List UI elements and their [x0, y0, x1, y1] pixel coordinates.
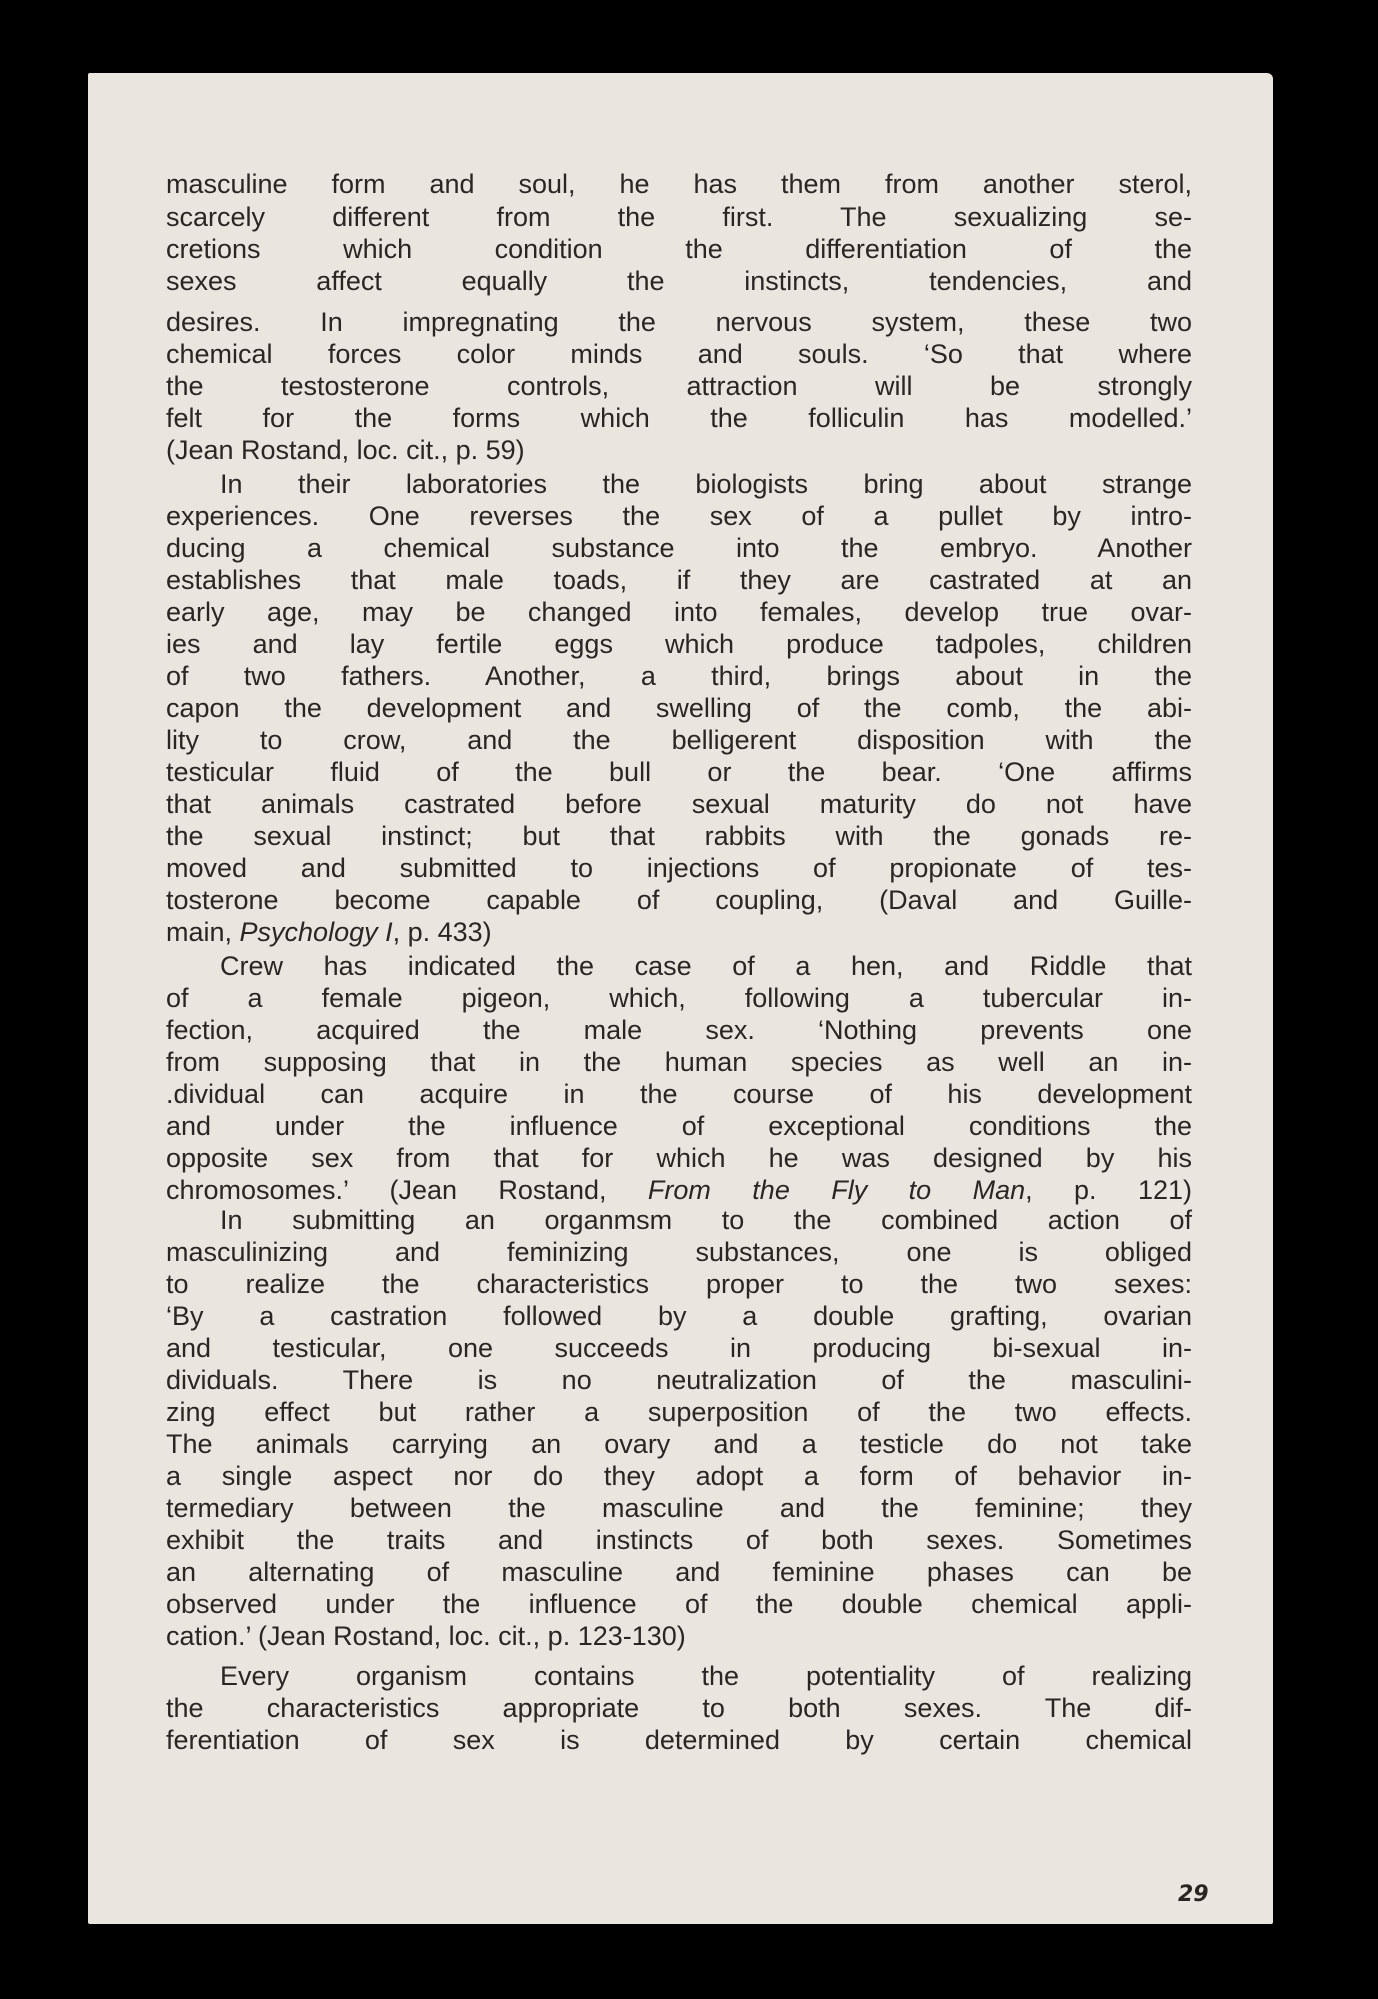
text-line: exhibit the traits and instincts of both…	[166, 1524, 1192, 1556]
text-line: felt for the forms which the folliculin …	[166, 402, 1192, 434]
text-line: a single aspect nor do they adopt a form…	[166, 1460, 1192, 1492]
text-line: the characteristics appropriate to both …	[166, 1692, 1192, 1724]
text-line: chemical forces color minds and souls. ‘…	[166, 338, 1192, 370]
text-line: opposite sex from that for which he was …	[166, 1142, 1192, 1174]
text-line: ies and lay fertile eggs which produce t…	[166, 628, 1192, 660]
text-line: fection, acquired the male sex. ‘Nothing…	[166, 1014, 1192, 1046]
text-line: .dividual can acquire in the course of h…	[166, 1078, 1192, 1110]
text-line: masculinizing and feminizing substances,…	[166, 1236, 1192, 1268]
text-line: masculine form and soul, he has them fro…	[166, 168, 1192, 200]
text-line: of a female pigeon, which, following a t…	[166, 982, 1192, 1014]
text-line: and under the influence of exceptional c…	[166, 1110, 1192, 1142]
text-line: ducing a chemical substance into the emb…	[166, 532, 1192, 564]
text-line: scarcely different from the first. The s…	[166, 201, 1192, 233]
text-line: Crew has indicated the case of a hen, an…	[166, 950, 1192, 982]
text-line: an alternating of masculine and feminine…	[166, 1556, 1192, 1588]
text-line: to realize the characteristics proper to…	[166, 1268, 1192, 1300]
text-line: that animals castrated before sexual mat…	[166, 788, 1192, 820]
text-line: the sexual instinct; but that rabbits wi…	[166, 820, 1192, 852]
text-line: dividuals. There is no neutralization of…	[166, 1364, 1192, 1396]
text-line: main, Psychology I, p. 433)	[166, 916, 1192, 948]
text-line: establishes that male toads, if they are…	[166, 564, 1192, 596]
text-line: experiences. One reverses the sex of a p…	[166, 500, 1192, 532]
text-line: desires. In impregnating the nervous sys…	[166, 306, 1192, 338]
text-line: cretions which condition the differentia…	[166, 233, 1192, 265]
text-line: The animals carrying an ovary and a test…	[166, 1428, 1192, 1460]
text-line: cation.’ (Jean Rostand, loc. cit., p. 12…	[166, 1620, 1192, 1652]
text-line: moved and submitted to injections of pro…	[166, 852, 1192, 884]
text-line: from supposing that in the human species…	[166, 1046, 1192, 1078]
text-line: observed under the influence of the doub…	[166, 1588, 1192, 1620]
text-line: the testosterone controls, attraction wi…	[166, 370, 1192, 402]
text-line: ferentiation of sex is determined by cer…	[166, 1724, 1192, 1756]
text-line: early age, may be changed into females, …	[166, 596, 1192, 628]
text-line: testicular fluid of the bull or the bear…	[166, 756, 1192, 788]
text-line: and testicular, one succeeds in producin…	[166, 1332, 1192, 1364]
text-line: Every organism contains the potentiality…	[166, 1660, 1192, 1692]
text-line: In their laboratories the biologists bri…	[166, 468, 1192, 500]
page-number: 29	[1178, 1882, 1209, 1907]
text-line: tosterone become capable of coupling, (D…	[166, 884, 1192, 916]
text-line: In submitting an organmsm to the combine…	[166, 1204, 1192, 1236]
text-line: termediary between the masculine and the…	[166, 1492, 1192, 1524]
text-line: chromosomes.’ (Jean Rostand, From the Fl…	[166, 1174, 1192, 1206]
text-line: zing effect but rather a superposition o…	[166, 1396, 1192, 1428]
text-line: (Jean Rostand, loc. cit., p. 59)	[166, 434, 1192, 466]
text-line: sexes affect equally the instincts, tend…	[166, 265, 1192, 297]
text-line: of two fathers. Another, a third, brings…	[166, 660, 1192, 692]
text-line: ‘By a castration followed by a double gr…	[166, 1300, 1192, 1332]
text-line: lity to crow, and the belligerent dispos…	[166, 724, 1192, 756]
text-line: capon the development and swelling of th…	[166, 692, 1192, 724]
